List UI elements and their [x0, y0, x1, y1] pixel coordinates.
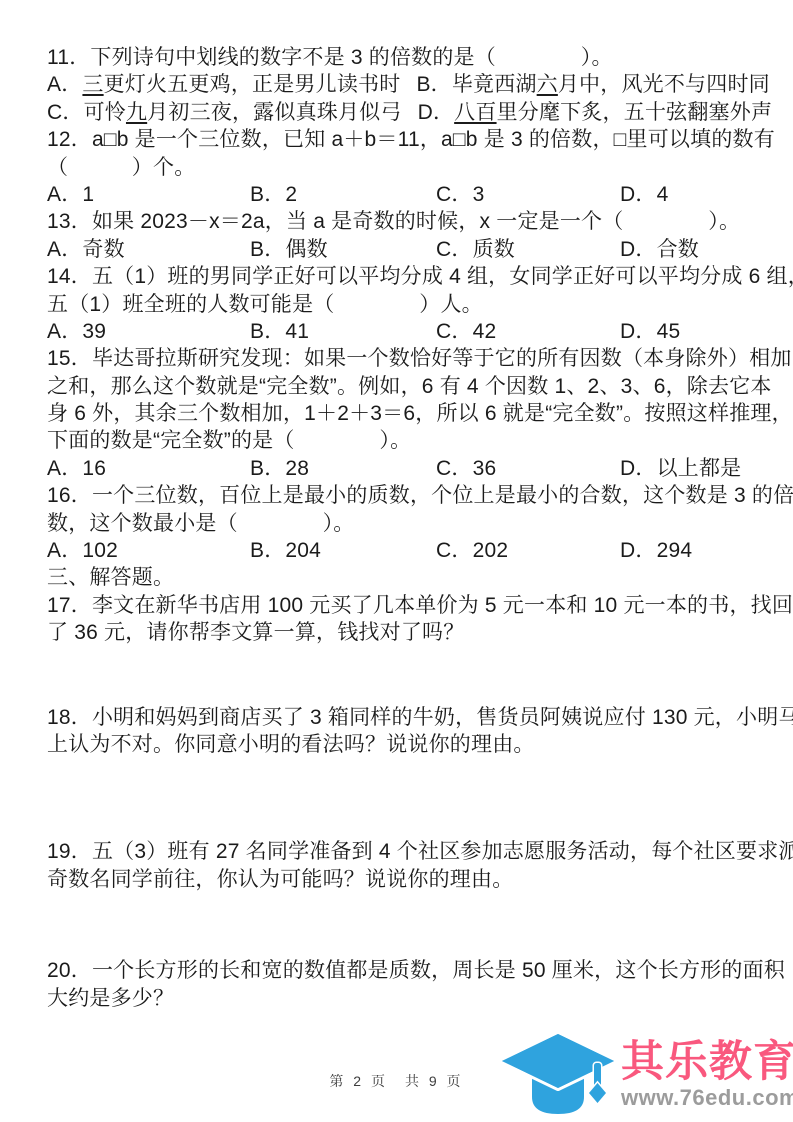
q18-stem-line1: 18．小明和妈妈到商店买了 3 箱同样的牛奶，售货员阿姨说应付 130 元，小明…: [47, 704, 749, 731]
q11-option-c-prefix: C．可怜: [47, 101, 126, 124]
q14-stem-line2: 五（1）班全班的人数可能是（ ）人。: [47, 291, 749, 318]
q18-answer-space: [47, 758, 749, 838]
q14-option-b: B．41: [250, 318, 436, 345]
q16-stem-line1: 16．一个三位数，百位上是最小的质数，个位上是最小的合数，这个数是 3 的倍: [47, 482, 749, 509]
q13-option-d: D．合数: [620, 236, 749, 263]
q18-stem-line2: 上认为不对。你同意小明的看法吗？说说你的理由。: [47, 731, 749, 758]
q15-stem-line4: 下面的数是“完全数”的是（ ）。: [47, 427, 749, 454]
q11-options-ab: A．三更灯火五更鸡，正是男儿读书时B．毕竟西湖六月中，风光不与四时同: [47, 71, 749, 98]
section-3-heading: 三、解答题。: [47, 564, 749, 591]
q13-stem: 13．如果 2023－x＝2a，当 a 是奇数的时候，x 一定是一个（ ）。: [47, 208, 749, 235]
q17-answer-space: [47, 647, 749, 704]
q11-option-d-underlined: 八百: [454, 101, 496, 124]
q17-stem-line1: 17．李文在新华书店用 100 元买了几本单价为 5 元一本和 10 元一本的书…: [47, 592, 749, 619]
q16-option-c: C．202: [436, 537, 620, 564]
q13-option-c: C．质数: [436, 236, 620, 263]
brand-text-block: 其乐教育 www.76edu.com: [621, 1033, 793, 1109]
q15-option-d: D．以上都是: [620, 455, 749, 482]
q16-options-row: A．102 B．204 C．202 D．294: [47, 537, 749, 564]
q11-option-a-rest: 更灯火五更鸡，正是男儿读书时: [104, 73, 401, 96]
q15-option-b: B．28: [250, 455, 436, 482]
q12-option-d: D．4: [620, 181, 749, 208]
q12-option-c: C．3: [436, 181, 620, 208]
q15-option-c: C．36: [436, 455, 620, 482]
q11-option-b-underlined: 六: [537, 73, 558, 96]
q15-option-a: A．16: [47, 455, 250, 482]
q13-options-row: A．奇数 B．偶数 C．质数 D．合数: [47, 236, 749, 263]
q11-option-c-rest: 月初三夜，露似真珠月似弓: [147, 101, 401, 124]
q12-stem-line1: 12．a□b 是一个三位数，已知 a＋b＝11，a□b 是 3 的倍数，□里可以…: [47, 126, 749, 153]
brand-logo: 其乐教育 www.76edu.com: [502, 1033, 793, 1122]
brand-name: 其乐教育: [621, 1041, 793, 1084]
q14-option-d: D．45: [620, 318, 749, 345]
q12-stem-line2: （ ）个。: [47, 154, 749, 181]
q11-option-a-prefix: A．: [47, 73, 82, 96]
q16-option-a: A．102: [47, 537, 250, 564]
q14-option-a: A．39: [47, 318, 250, 345]
q13-option-b: B．偶数: [250, 236, 436, 263]
graduation-cap-icon: [502, 1033, 616, 1122]
q12-option-b: B．2: [250, 181, 436, 208]
q13-option-a: A．奇数: [47, 236, 250, 263]
q19-stem-line1: 19．五（3）班有 27 名同学准备到 4 个社区参加志愿服务活动，每个社区要求…: [47, 838, 749, 865]
q16-option-b: B．204: [250, 537, 436, 564]
q12-option-a: A．1: [47, 181, 250, 208]
q14-option-c: C．42: [436, 318, 620, 345]
brand-url: www.76edu.com: [621, 1087, 793, 1109]
q11-option-b-rest: 月中，风光不与四时同: [558, 73, 770, 96]
q15-options-row: A．16 B．28 C．36 D．以上都是: [47, 455, 749, 482]
q11-option-a-underlined: 三: [82, 73, 103, 96]
q20-stem-line2: 大约是多少？: [47, 985, 749, 1012]
q19-stem-line2: 奇数名同学前往，你认为可能吗？说说你的理由。: [47, 866, 749, 893]
q14-options-row: A．39 B．41 C．42 D．45: [47, 318, 749, 345]
q15-stem-line1: 15．毕达哥拉斯研究发现：如果一个数恰好等于它的所有因数（本身除外）相加: [47, 345, 749, 372]
q11-options-cd: C．可怜九月初三夜，露似真珠月似弓D．八百里分麾下炙，五十弦翻塞外声: [47, 99, 749, 126]
q15-stem-line3: 身 6 外，其余三个数相加，1＋2＋3＝6，所以 6 就是“完全数”。按照这样推…: [47, 400, 749, 427]
q20-stem-line1: 20．一个长方形的长和宽的数值都是质数，周长是 50 厘米，这个长方形的面积: [47, 957, 749, 984]
q19-answer-space: [47, 893, 749, 957]
q17-stem-line2: 了 36 元，请你帮李文算一算，钱找对了吗？: [47, 619, 749, 646]
q11-option-d-rest: 里分麾下炙，五十弦翻塞外声: [497, 101, 773, 124]
q11-option-c-underlined: 九: [126, 101, 147, 124]
q15-stem-line2: 之和，那么这个数就是“完全数”。例如，6 有 4 个因数 1、2、3、6，除去它…: [47, 373, 749, 400]
q11-option-b-prefix: B．毕竟西湖: [416, 73, 536, 96]
worksheet-page: 11．下列诗句中划线的数字不是 3 的倍数的是（ ）。 A．三更灯火五更鸡，正是…: [0, 0, 793, 1122]
q16-option-d: D．294: [620, 537, 749, 564]
q12-options-row: A．1 B．2 C．3 D．4: [47, 181, 749, 208]
q11-stem: 11．下列诗句中划线的数字不是 3 的倍数的是（ ）。: [47, 44, 749, 71]
q11-option-d-prefix: D．: [418, 101, 455, 124]
q14-stem-line1: 14．五（1）班的男同学正好可以平均分成 4 组，女同学正好可以平均分成 6 组…: [47, 263, 749, 290]
q16-stem-line2: 数，这个数最小是（ ）。: [47, 510, 749, 537]
